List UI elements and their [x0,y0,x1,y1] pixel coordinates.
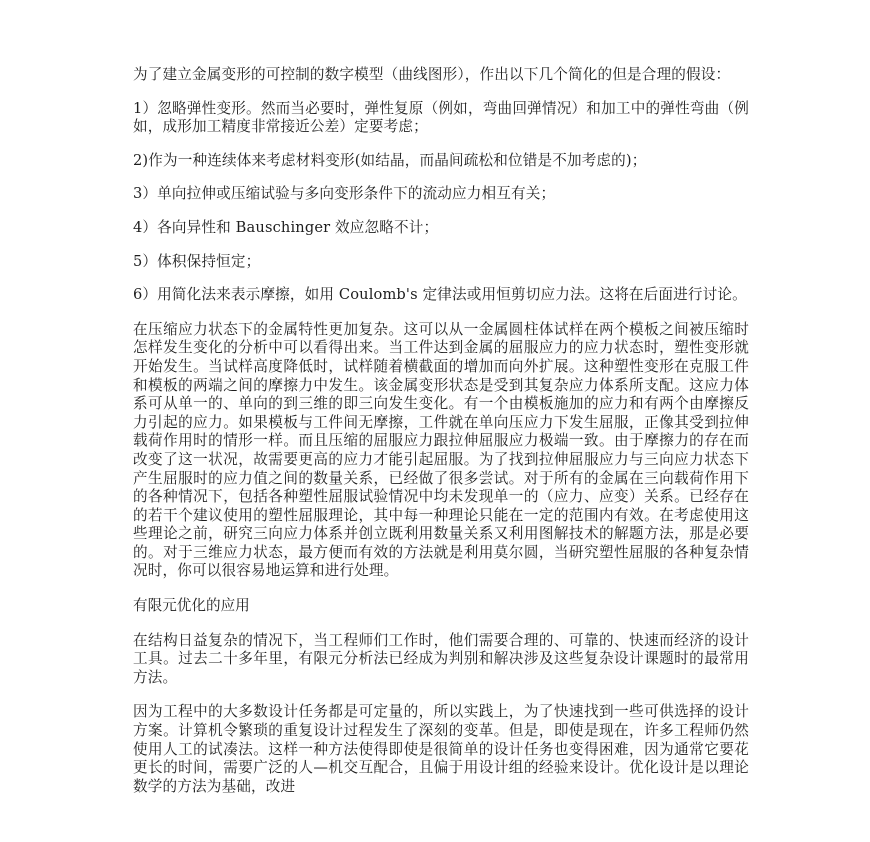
assumption-6: 6）用简化法来表示摩擦，如用 Coulomb's 定律法或用恒剪切应力法。这将在… [133,286,749,305]
spacer [133,85,749,100]
fem-paragraph-1: 在结构日益复杂的情况下，当工程师们工作时，他们需要合理的、可靠的、快速而经济的设… [133,632,749,688]
compression-paragraph: 在压缩应力状态下的金属特性更加复杂。这可以从一金属圆柱体试样在两个模板之间被压缩… [133,321,749,581]
spacer [133,581,749,597]
spacer [133,137,749,152]
assumption-2: 2)作为一种连续体来考虑材料变形(如结晶，而晶间疏松和位错是不加考虑的)； [133,152,749,171]
fem-paragraph-2: 因为工程中的大多数设计任务都是可定量的，所以实践上，为了快速找到一些可供选择的设… [133,703,749,796]
assumption-4: 4）各向异性和 Bauschinger 效应忽略不计； [133,219,749,238]
spacer [133,271,749,286]
assumption-3: 3）单向拉伸或压缩试验与多向变形条件下的流动应力相互有关； [133,185,749,204]
spacer [133,687,749,703]
spacer [133,305,749,321]
spacer [133,238,749,253]
spacer [133,170,749,185]
assumption-5: 5）体积保持恒定； [133,253,749,272]
section-heading: 有限元优化的应用 [133,597,749,616]
intro-paragraph: 为了建立金属变形的可控制的数字模型（曲线图形），作出以下几个简化的但是合理的假设… [133,66,749,85]
spacer [133,204,749,219]
spacer [133,616,749,632]
document-page: 为了建立金属变形的可控制的数字模型（曲线图形），作出以下几个简化的但是合理的假设… [133,66,749,796]
assumption-1: 1）忽略弹性变形。然而当必要时，弹性复原（例如，弯曲回弹情况）和加工中的弹性弯曲… [133,100,749,137]
